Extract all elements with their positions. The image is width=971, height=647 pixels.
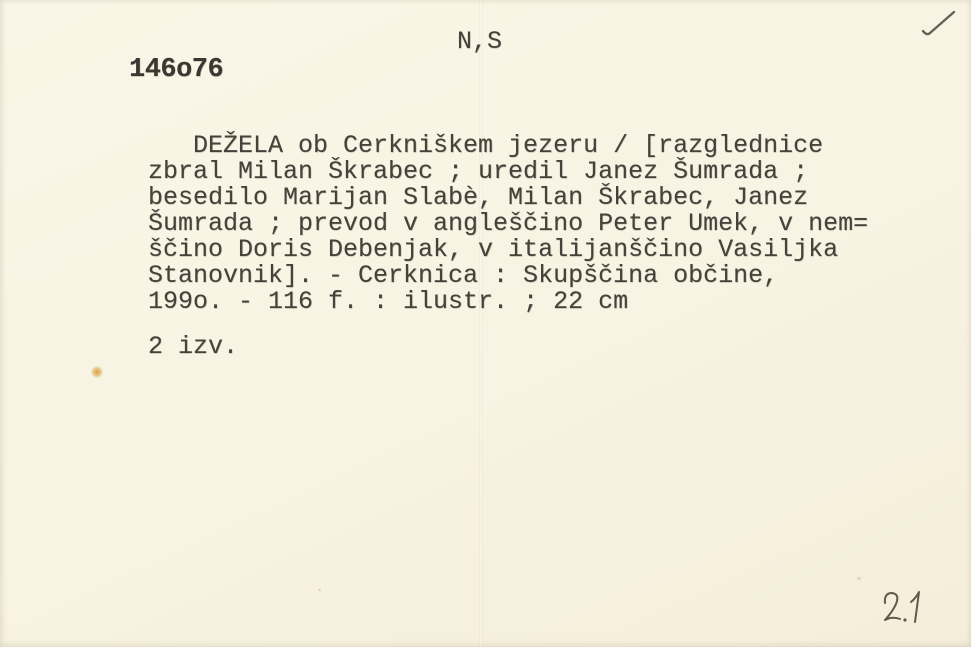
checkmark-icon (918, 8, 962, 44)
paper-speck (318, 589, 321, 591)
description-line: besedilo Marijan Slabè, Milan Škrabec, J… (148, 185, 868, 211)
classification-heading: N,S (457, 29, 502, 55)
description-line: Stanovnik]. - Cerknica : Skupščina občin… (148, 263, 868, 289)
paper-speck (857, 577, 861, 580)
handwritten-number (873, 588, 931, 634)
copies-note: 2 izv. (148, 334, 238, 360)
description-line: Šumrada ; prevod v angleščino Peter Umek… (148, 211, 868, 237)
description-line: DEŽELA ob Cerkniškem jezeru / [razgledni… (148, 133, 868, 159)
paper-stain-dot (91, 366, 103, 378)
bibliographic-description: DEŽELA ob Cerkniškem jezeru / [razgledni… (148, 133, 868, 315)
description-line: ščino Doris Debenjak, v italijanščino Va… (148, 237, 868, 263)
description-line: zbral Milan Škrabec ; uredil Janez Šumra… (148, 159, 868, 185)
paper-crease (479, 0, 483, 647)
description-line: 199o. - 116 f. : ilustr. ; 22 cm (148, 289, 868, 315)
call-number: 146o76 (129, 56, 223, 84)
catalog-card: N,S 146o76 DEŽELA ob Cerkniškem jezeru /… (0, 0, 971, 647)
